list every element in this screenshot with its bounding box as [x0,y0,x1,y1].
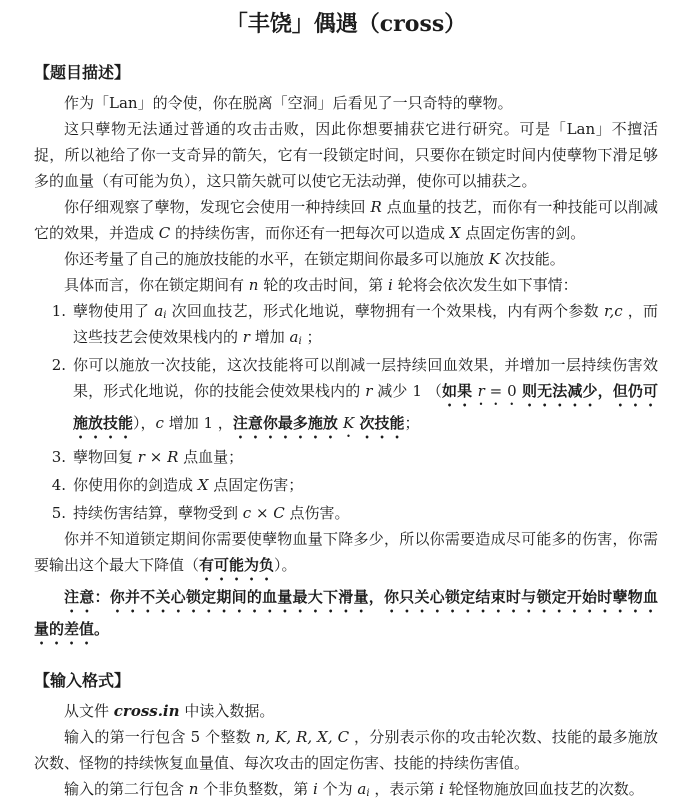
text-run: 孽物回复 [73,448,138,466]
list-item: 5.持续伤害结算，孽物受到 c × C 点伤害。 [34,500,658,526]
text-run: 个非负整数，第 [198,780,313,798]
text-run: 的持续伤害，而你还有一把每次可以造成 [170,224,450,242]
section-heading-problem-description: 【题目描述】 [34,62,658,84]
text-run: 从文件 [64,702,114,720]
text-run: 有可能为负 [199,556,274,574]
text-run: X [198,476,209,494]
text-run: 点固定伤害； [208,476,303,494]
text-run: R [167,448,178,466]
text-run: （ [422,382,442,400]
section-heading-input-format: 【输入格式】 [34,670,658,692]
text-run: 轮将会依次发生如下事情： [393,276,578,294]
text-run: c [156,414,164,432]
text-run: 点伤害。 [285,504,350,522]
text-run: 」的令使，你在脱离「空洞」后看见了一只奇特的孽物。 [138,94,513,112]
text-run: 次技能。 [500,250,565,268]
text-run: × [251,504,273,522]
text-run: 持续伤害结算，孽物受到 [73,504,243,522]
text-run: 输入的第二行包含 [64,780,189,798]
paragraph: 你还考量了自己的施放技能的水平，在锁定期间你最多可以施放 K 次技能。 [34,246,658,272]
text-run: 注意你最多施放 [233,414,343,432]
text-run: 减少 [372,382,412,400]
paragraph: 输入的第二行包含 n 个非负整数，第 i 个为 ai ，表示第 i 轮怪物施放回… [34,776,658,802]
text-run: = 0 [485,382,517,400]
text-run: 1 [203,414,213,432]
section-body: 从文件 cross.in 中读入数据。输入的第一行包含 5 个整数 n, K, … [34,698,658,802]
text-run: r [138,448,145,466]
text-run: r [243,328,250,346]
text-run: 5 [191,728,201,746]
text-run: R [370,198,381,216]
text-run: n [189,780,199,798]
text-run: C [159,224,170,242]
text-run: × [145,448,167,466]
text-run: 中读入数据。 [180,702,275,720]
text-run: 增加 [164,414,204,432]
text-run: c [243,504,251,522]
text-run: 次技能 [354,414,404,432]
text-run: ； [302,328,322,346]
text-run: 具体而言，你在锁定期间有 [64,276,249,294]
text-run: 增加 [250,328,290,346]
text-run: 次回血技艺，形式化地说，孽物拥有一个效果栈，内有两个参数 [167,302,604,320]
text-run: 轮的攻击时间，第 [258,276,388,294]
text-run: ； [405,414,420,432]
list-item: 3.孽物回复 r × R 点血量； [34,444,658,470]
list-item-text: 持续伤害结算，孽物受到 c × C 点伤害。 [73,500,658,526]
text-run: a [154,302,163,320]
paragraph: 你仔细观察了孽物，发现它会使用一种持续回 R 点血量的技艺，而你有一种技能可以削… [34,194,658,246]
paragraph: 从文件 cross.in 中读入数据。 [34,698,658,724]
text-run: 你还考量了自己的施放技能的水平，在锁定期间你最多可以施放 [64,250,489,268]
paragraph: 具体而言，你在锁定期间有 n 轮的攻击时间，第 i 轮将会依次发生如下事情： [34,272,658,298]
section-body: 作为「Lan」的令使，你在脱离「空洞」后看见了一只奇特的孽物。这只孽物无法通过普… [34,90,658,648]
text-run: K [343,414,354,432]
text-run: a [357,780,366,798]
text-run: 输入的第一行包含 [64,728,191,746]
text-run: 孽物使用了 [73,302,154,320]
text-run: Lan [109,94,138,112]
list-item-text: 孽物使用了 ai 次回血技艺，形式化地说，孽物拥有一个效果栈，内有两个参数 r,… [73,298,658,350]
text-run: 你并不知道锁定期间你需要使孽物血量下降多少，所以你需要造成尽可能多的伤害，你需要… [34,530,658,574]
text-run: 点固定伤害的剑。 [461,224,586,242]
list-item-text: 你可以施放一次技能，这次技能将可以削减一层持续回血效果，并增加一层持续伤害效果，… [73,352,658,442]
document-title: 「丰饶」偶遇（cross） [34,8,658,40]
text-run: ， [213,414,233,432]
paragraph: 注意：你并不关心锁定期间的血量最大下滑量，你只关心锁定结束时与锁定开始时孽物血量… [34,584,658,648]
text-run: C [273,504,284,522]
list-item-number: 5. [46,500,66,526]
text-run: 个整数 [200,728,256,746]
text-run: 如果 [442,382,478,400]
text-run: 轮怪物施放回血技艺的次数。 [444,780,644,798]
paragraph: 输入的第一行包含 5 个整数 n, K, R, X, C ，分别表示你的攻击轮次… [34,724,658,776]
list-item-number: 2. [46,352,66,442]
text-run: n [249,276,259,294]
text-run: 作为「 [64,94,109,112]
list-item-number: 3. [46,444,66,470]
text-run: 你使用你的剑造成 [73,476,198,494]
text-run: 这只孽物无法通过普通的攻击击败，因此你想要捕获它进行研究。可是「 [64,120,567,138]
text-run: 你仔细观察了孽物，发现它会使用一种持续回 [64,198,370,216]
list-item: 4.你使用你的剑造成 X 点固定伤害； [34,472,658,498]
text-run: ）， [133,414,156,432]
list-item-text: 孽物回复 r × R 点血量； [73,444,658,470]
list-item-number: 1. [46,298,66,350]
text-run: 注意：你并不关心锁定期间的血量最大下滑量，你只关心锁定结束时与锁定开始时孽物血量… [34,588,658,638]
text-run: 点血量； [178,448,243,466]
text-run: ，表示第 [370,780,440,798]
section-problem-description: 【题目描述】 作为「Lan」的令使，你在脱离「空洞」后看见了一只奇特的孽物。这只… [34,62,658,648]
text-run: 1 [412,382,422,400]
list-item: 1.孽物使用了 ai 次回血技艺，形式化地说，孽物拥有一个效果栈，内有两个参数 … [34,298,658,350]
document-page: 「丰饶」偶遇（cross） 【题目描述】 作为「Lan」的令使，你在脱离「空洞」… [0,8,692,802]
section-input-format: 【输入格式】 从文件 cross.in 中读入数据。输入的第一行包含 5 个整数… [34,670,658,802]
list-item-text: 你使用你的剑造成 X 点固定伤害； [73,472,658,498]
text-run: ）。 [274,556,297,574]
text-run: n, K, R, X, C [256,728,349,746]
paragraph: 你并不知道锁定期间你需要使孽物血量下降多少，所以你需要造成尽可能多的伤害，你需要… [34,526,658,584]
text-run: r [478,382,485,400]
text-run: X [450,224,461,242]
paragraph: 这只孽物无法通过普通的攻击击败，因此你想要捕获它进行研究。可是「Lan」不擅活捉… [34,116,658,194]
list-item: 2.你可以施放一次技能，这次技能将可以削减一层持续回血效果，并增加一层持续伤害效… [34,352,658,442]
text-run: cross.in [114,702,180,720]
list-item-number: 4. [46,472,66,498]
paragraph: 作为「Lan」的令使，你在脱离「空洞」后看见了一只奇特的孽物。 [34,90,658,116]
text-run: K [489,250,500,268]
text-run: 个为 [318,780,358,798]
text-run: r,c [604,302,623,320]
text-run: Lan [567,120,596,138]
